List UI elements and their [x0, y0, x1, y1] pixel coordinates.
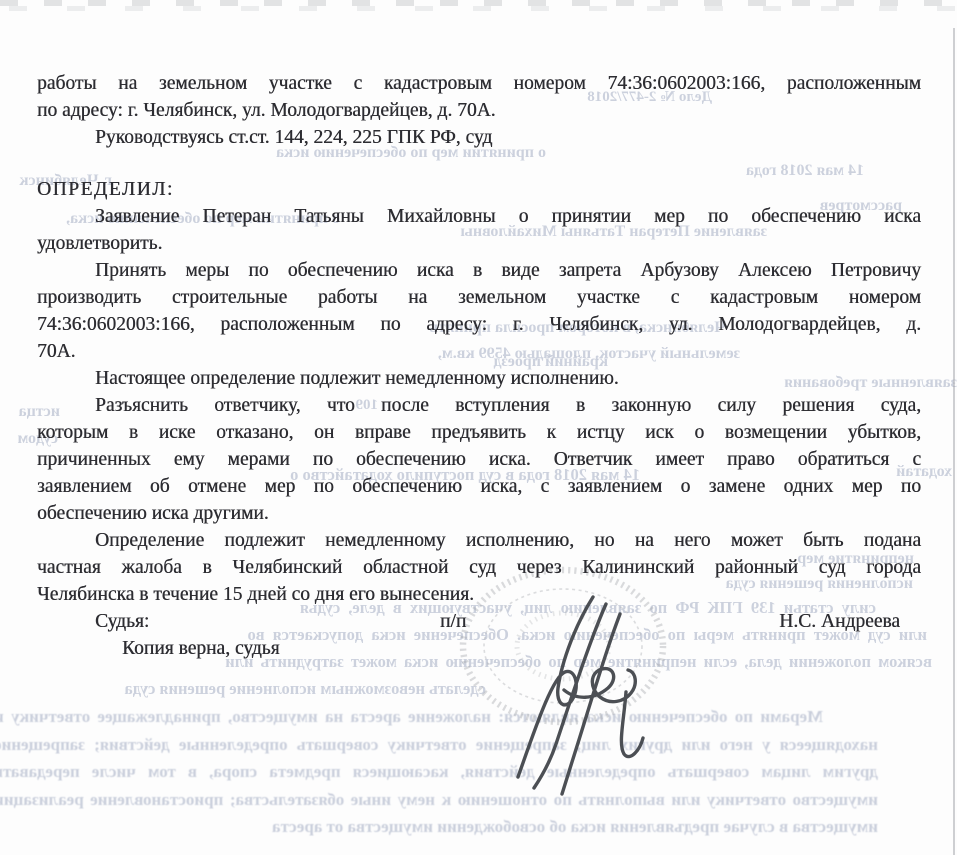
scanned-court-order-page: Дело № 2-477/2018о принятии мер по обесп…	[0, 0, 957, 855]
document-paragraph: Принять меры по обеспечению иска в виде …	[37, 257, 921, 365]
judge-handwritten-signature	[468, 572, 668, 807]
document-paragraph: Настоящее определение подлежит немедленн…	[37, 365, 921, 392]
paragraph-list: работы на земельном участке с кадастровы…	[37, 70, 921, 608]
document-paragraph: Руководствуясь ст.ст. 144, 224, 225 ГПК …	[37, 124, 921, 151]
resolution-heading: ОПРЕДЕЛИЛ:	[37, 176, 921, 203]
scan-noise-strip	[0, 6, 957, 11]
bleedthrough-text: сделать невозможным исполнение решения с…	[16, 679, 486, 700]
page-edge-shadow	[953, 28, 955, 855]
pp-mark: п/п	[440, 608, 466, 635]
document-paragraph: Заявление Петеран Татьяны Михайловны о п…	[37, 203, 921, 257]
judge-name: Н.С. Андреева	[779, 608, 900, 635]
document-paragraph: Разъяснить ответчику, что после вступлен…	[37, 392, 921, 527]
judge-label: Судья:	[95, 608, 149, 635]
document-paragraph: работы на земельном участке с кадастровы…	[37, 70, 921, 124]
